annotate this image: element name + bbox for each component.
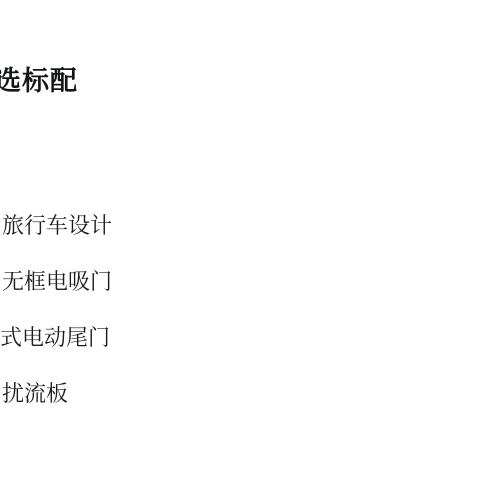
section-title: 选标配	[0, 64, 78, 100]
feature-item-power-tailgate: 式电动尾门	[0, 322, 110, 356]
feature-item-frameless-soft-close-door: 无框电吸门	[2, 266, 112, 300]
feature-item-travel-wagon-design: 旅行车设计	[2, 210, 112, 244]
feature-item-spoiler: 扰流板	[2, 378, 68, 412]
feature-page: 选标配 旅行车设计 无框电吸门 式电动尾门 扰流板	[0, 0, 500, 500]
